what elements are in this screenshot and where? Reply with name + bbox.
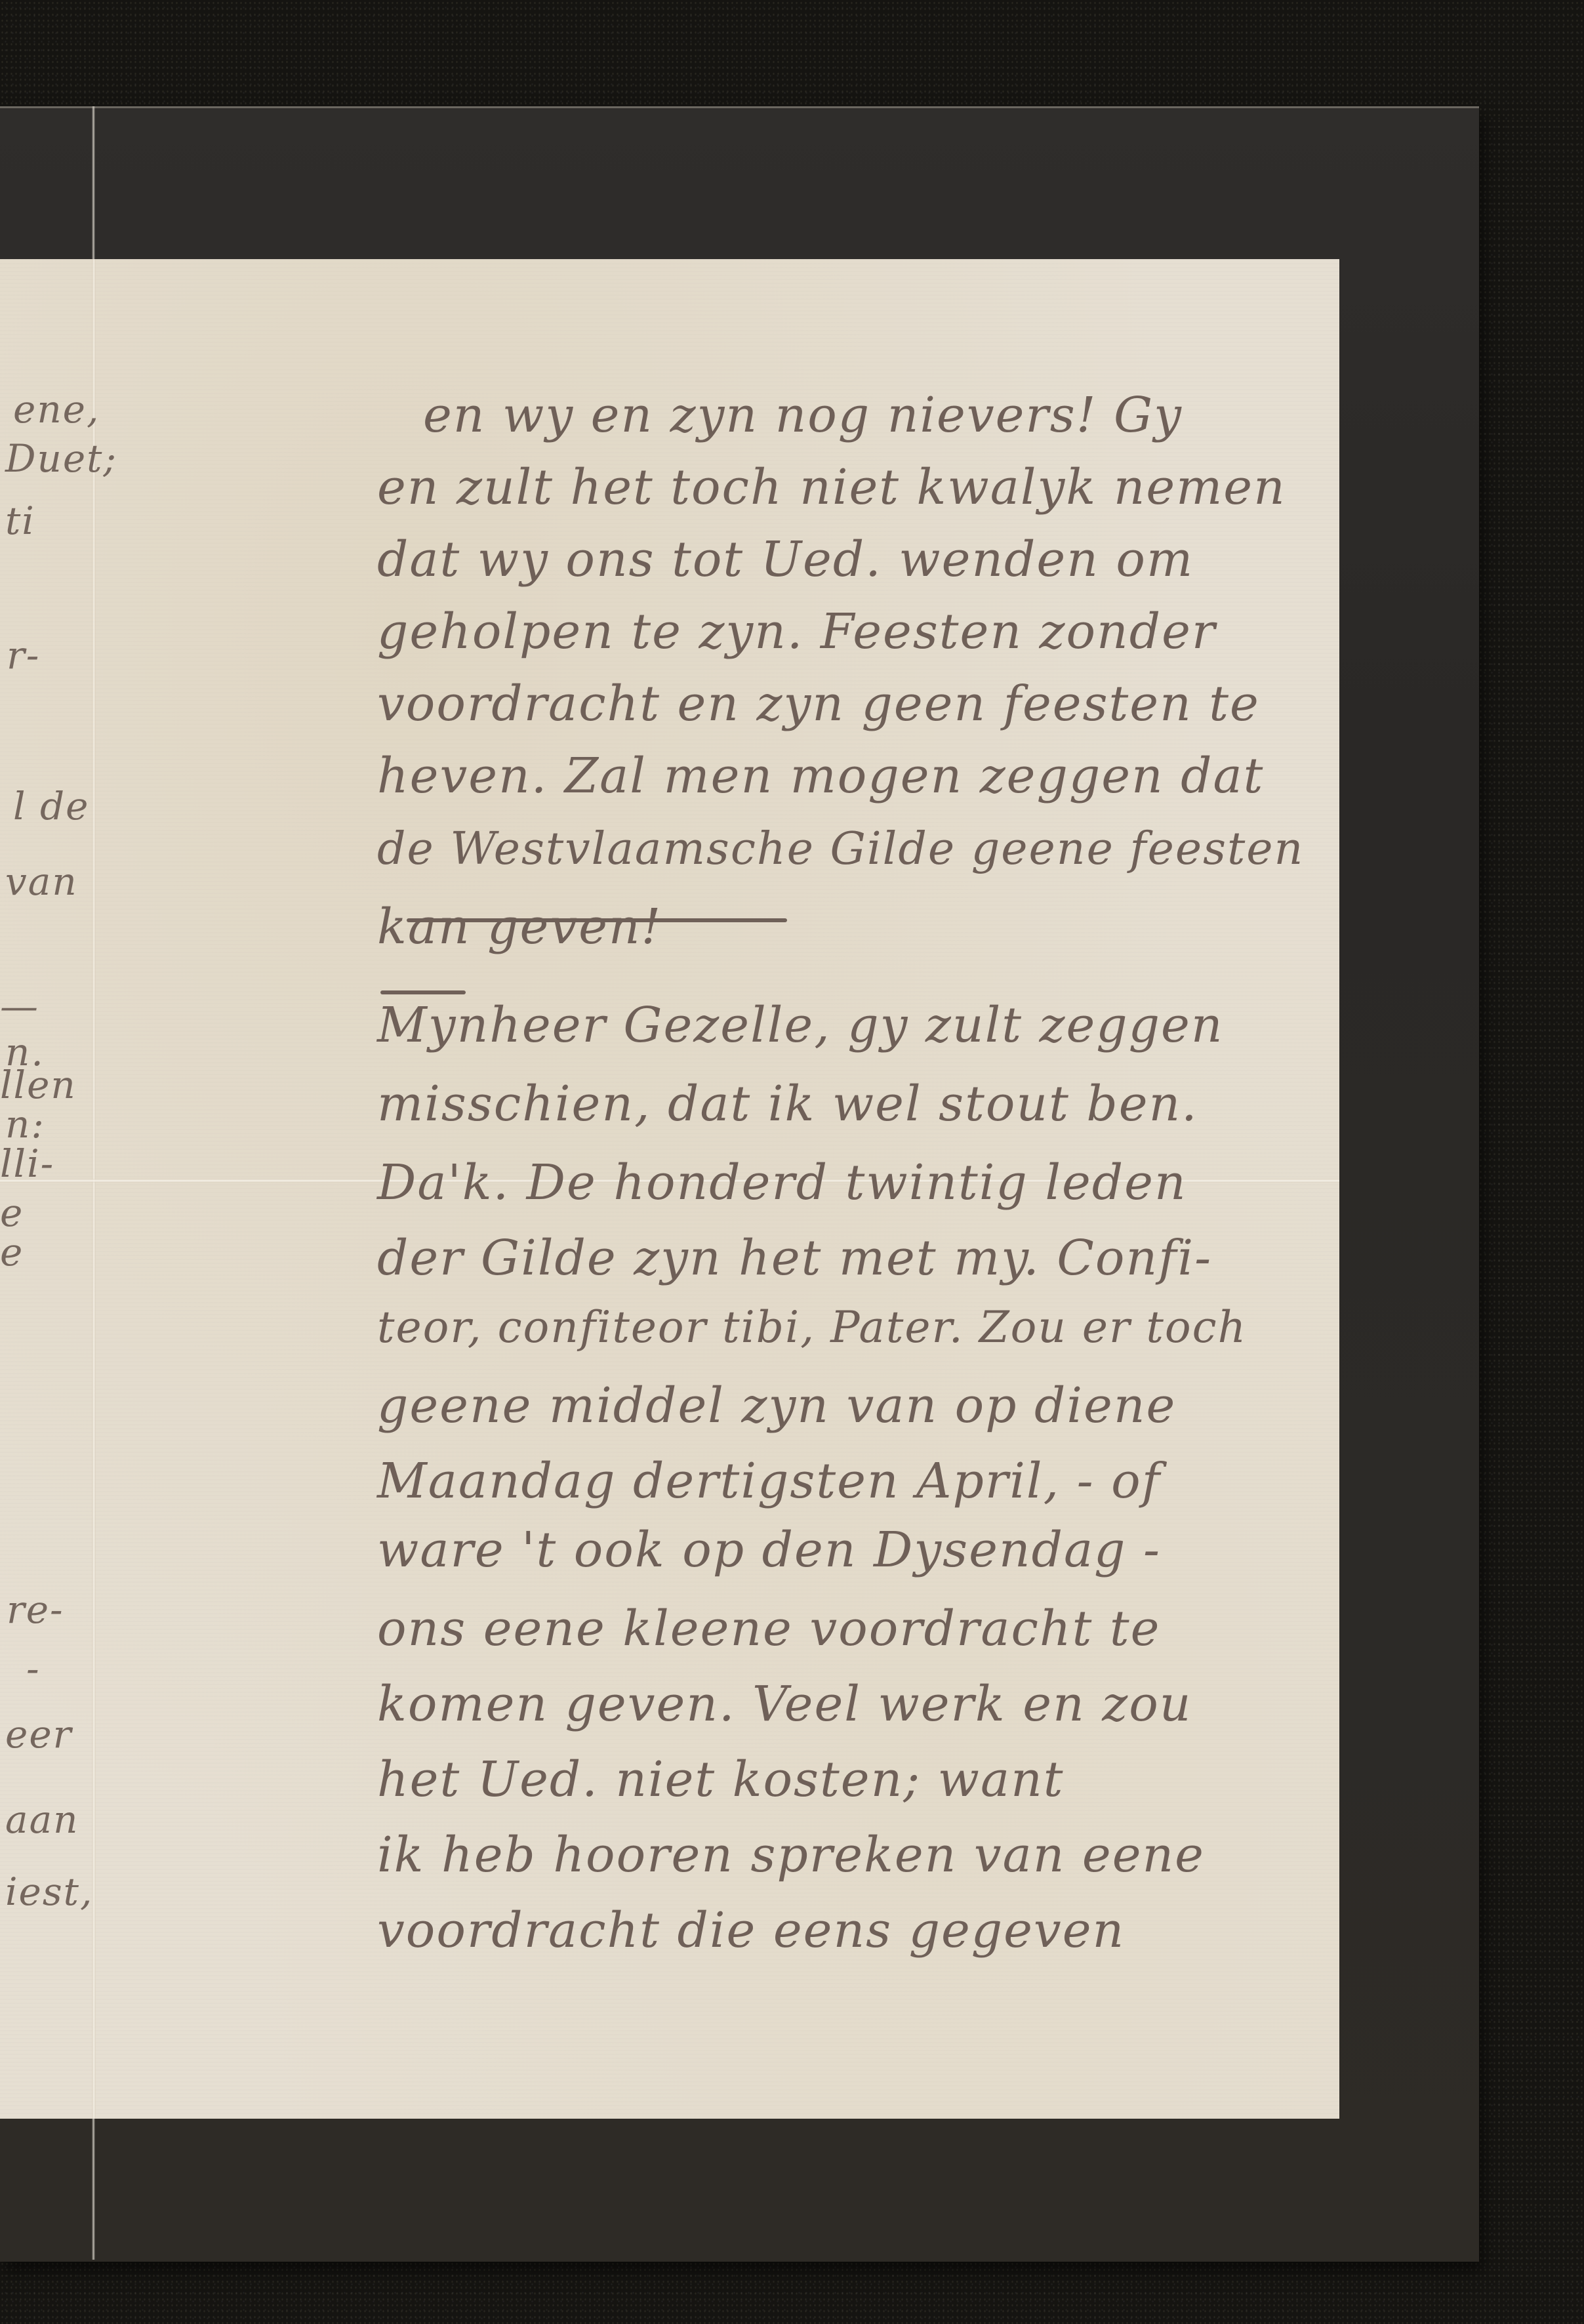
left-fragment: - <box>26 1646 41 1691</box>
left-fragment: ene, <box>13 387 100 432</box>
letter-line: geholpen te zyn. Feesten zonder <box>377 603 1216 660</box>
letter-line: voordracht en zyn geen feesten te <box>377 676 1260 732</box>
letter-line: ons eene kleene voordracht te <box>377 1600 1160 1657</box>
left-fragment: eer <box>5 1712 72 1757</box>
left-fragment: e <box>0 1191 24 1235</box>
letter-line: en zult het toch niet kwalyk nemen <box>377 459 1286 516</box>
left-fragment: lli- <box>0 1141 54 1186</box>
letter-line: heven. Zal men mogen zeggen dat <box>377 748 1264 804</box>
left-fragment: llen <box>0 1063 77 1107</box>
letter-line: geene middel zyn van op diene <box>377 1377 1176 1434</box>
letter-line: dat wy ons tot Ued. wenden om <box>377 531 1194 588</box>
letter-line: komen geven. Veel werk en zou <box>377 1676 1192 1732</box>
letter-line: voordracht die eens gegeven <box>377 1902 1125 1959</box>
letter-line: der Gilde zyn het met my. Confi- <box>377 1230 1212 1286</box>
left-fragment: e <box>0 1230 24 1274</box>
left-fragment: Duet; <box>5 436 117 481</box>
page-join-fold <box>92 259 96 2119</box>
letter-line: Da'k. De honderd twintig leden <box>377 1154 1187 1211</box>
letter-line: het Ued. niet kosten; want <box>377 1751 1065 1808</box>
letter-line: en wy en zyn nog nievers! Gy <box>423 387 1183 443</box>
letter-line: teor, confiteor tibi, Pater. Zou er toch <box>377 1302 1247 1353</box>
left-fragment: l de <box>13 784 89 828</box>
left-fragment: re- <box>7 1587 64 1632</box>
letter-line: de Westvlaamsche Gilde geene feesten <box>377 823 1304 875</box>
letter-line: kan geven! <box>377 899 662 955</box>
letter-line: ware 't ook op den Dysendag - <box>377 1522 1161 1578</box>
left-fragment: n: <box>5 1102 45 1147</box>
letter-line: misschien, dat ik wel stout ben. <box>377 1076 1198 1132</box>
left-fragment: ti <box>5 499 35 543</box>
underline-kan <box>380 990 466 994</box>
left-fragment: aan <box>5 1797 79 1842</box>
letter-line: Mynheer Gezelle, gy zult zeggen <box>377 997 1223 1053</box>
left-fragment: iest, <box>5 1869 93 1914</box>
left-fragment: — <box>0 984 39 1029</box>
left-fragment: van <box>5 859 78 904</box>
letter-line: Maandag dertigsten April, - of <box>377 1453 1161 1509</box>
left-fragment: r- <box>7 633 40 678</box>
letter-line: ik heb hooren spreken van eene <box>377 1827 1205 1883</box>
